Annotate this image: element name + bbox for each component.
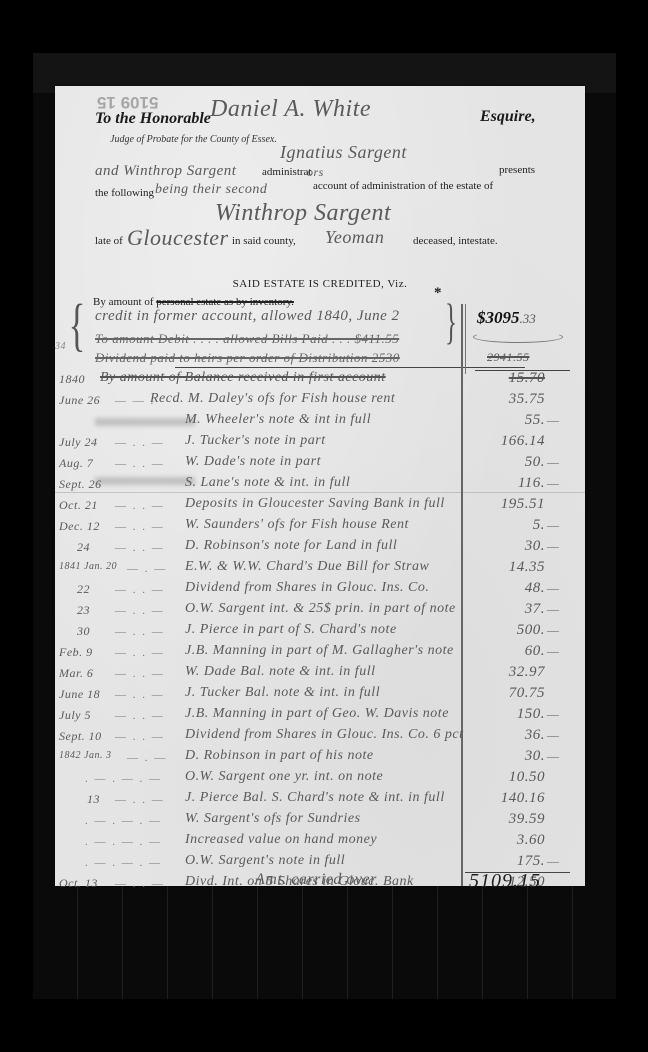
- entry-description: O.W. Sargent's note in full: [185, 853, 345, 869]
- entry-amount: 70.75: [473, 685, 545, 702]
- opening-total-cents: .33: [520, 311, 536, 326]
- entry-description: J. Tucker's note in part: [185, 433, 326, 449]
- ledger-row: Dec. 12 — . . — W. Saunders' ofs for Fis…: [55, 517, 585, 537]
- ledger-row: July 5 — . . — J.B. Manning in part of G…: [55, 706, 585, 726]
- ledger-row: Sept. 10 — . . — Dividend from Shares in…: [55, 727, 585, 747]
- entry-amount: 175.: [473, 853, 545, 870]
- ledger-row: Oct. 21 — . . — Deposits in Gloucester S…: [55, 496, 585, 516]
- entry-amount: 37.: [473, 601, 545, 618]
- account-of-administration-label: account of administration of the estate …: [313, 180, 493, 192]
- by-amount-line: By amount of personal estate as by inven…: [93, 296, 294, 308]
- ledger-row: 22 — . . — Dividend from Shares in Glouc…: [55, 580, 585, 600]
- entry-description: W. Dade's note in part: [185, 454, 321, 470]
- entry-description: O.W. Sargent one yr. int. on note: [185, 769, 383, 785]
- entry-date: Sept. 26: [59, 477, 149, 492]
- town-name: Gloucester: [127, 225, 229, 251]
- amount-carried-over-label: Amt. carried over: [255, 871, 377, 889]
- asterisk-mark: *: [434, 285, 442, 302]
- entry-amount: 55.: [473, 412, 545, 429]
- late-of-label: late of: [95, 235, 123, 247]
- section-title: SAID ESTATE IS CREDITED, Viz.: [55, 278, 585, 290]
- ledger-row: Mar. 6 — . . — W. Dade Bal. note & int. …: [55, 664, 585, 684]
- ledger-row: M. Wheeler's note & int in full 55. —: [55, 412, 585, 432]
- opening-total: $3095.33: [477, 308, 536, 328]
- ledger-row: Aug. 7 — . . — W. Dade's note in part 50…: [55, 454, 585, 474]
- entry-description: J. Tucker Bal. note & int. in full: [185, 685, 380, 701]
- ledger-row: 1842 Jan. 3 — . — D. Robinson in part of…: [55, 748, 585, 768]
- judge-name: Daniel A. White: [210, 96, 371, 123]
- entry-description: E.W. & W.W. Chard's Due Bill for Straw: [185, 559, 429, 575]
- entry-description: O.W. Sargent int. & 25$ prin. in part of…: [185, 601, 456, 617]
- ledger-row: 1840 By amount of Balance received in fi…: [55, 370, 585, 390]
- entry-amount: 35.75: [473, 391, 545, 408]
- entry-description: Recd. M. Daley's ofs for Fish house rent: [150, 391, 395, 407]
- pen-flourish: [473, 331, 563, 343]
- ledger-row: . — . — . — O.W. Sargent one yr. int. on…: [55, 769, 585, 789]
- entry-amount: 150.: [473, 706, 545, 723]
- entry-amount: 5.: [473, 517, 545, 534]
- entry-description: Dividend from Shares in Glouc. Ins. Co.: [185, 580, 429, 596]
- entry-amount: 140.16: [473, 790, 545, 807]
- administrator-name-1: Ignatius Sargent: [280, 142, 407, 163]
- administrat-suffix: ors: [307, 165, 324, 180]
- ledger-row: July 24 — . . — J. Tucker's note in part…: [55, 433, 585, 453]
- struck-inventory-text: personal estate as by inventory.: [156, 296, 294, 308]
- entry-description: J. Pierce Bal. S. Chard's note & int. in…: [185, 790, 445, 806]
- right-brace: }: [445, 292, 457, 350]
- deceased-name: Winthrop Sargent: [215, 200, 391, 227]
- ledger-row: 13 — . . — J. Pierce Bal. S. Chard's not…: [55, 790, 585, 810]
- entry-description: Deposits in Gloucester Saving Bank in fu…: [185, 496, 445, 512]
- administrator-name-2: and Winthrop Sargent: [95, 163, 236, 180]
- entry-amount: 32.97: [473, 664, 545, 681]
- entry-description: Dividend from Shares in Glouc. Ins. Co. …: [185, 727, 464, 743]
- ledger-row: 23 — . . — O.W. Sargent int. & 25$ prin.…: [55, 601, 585, 621]
- entry-amount: 14.35: [473, 559, 545, 576]
- entry-description: M. Wheeler's note & int in full: [185, 412, 371, 428]
- docket-stamp: 5109 15: [97, 92, 158, 112]
- struck-debit-line: To amount Debit . . . . allowed Bills Pa…: [95, 331, 399, 347]
- entry-amount: 15.70: [473, 370, 545, 387]
- entry-description: W. Saunders' ofs for Fish house Rent: [185, 517, 409, 533]
- entry-description: J. Pierce in part of S. Chard's note: [185, 622, 397, 638]
- presents-label: presents: [499, 164, 535, 176]
- opening-total-dollars: $3095: [477, 308, 520, 327]
- ledger-row: . — . — . — Increased value on hand mone…: [55, 832, 585, 852]
- entry-description: By amount of Balance received in first a…: [100, 370, 386, 386]
- account-ordinal: being their second: [155, 182, 267, 198]
- occupation: Yeoman: [325, 227, 384, 248]
- entry-amount: 116.: [473, 475, 545, 492]
- entry-amount: 30.: [473, 748, 545, 765]
- left-brace: {: [69, 291, 86, 358]
- esquire-label: Esquire,: [480, 108, 536, 126]
- grand-total: 5109.15: [469, 870, 541, 893]
- entry-amount: 30.: [473, 538, 545, 555]
- entry-description: W. Dade Bal. note & int. in full: [185, 664, 375, 680]
- entry-description: Increased value on hand money: [185, 832, 377, 848]
- struck-dividend-line: Dividend paid to heirs per order of Dist…: [95, 350, 400, 366]
- administrat-label: administrat: [262, 166, 312, 178]
- struck-total: 2941.55: [487, 350, 530, 365]
- entry-amount: 36.: [473, 727, 545, 744]
- entry-amount: 166.14: [473, 433, 545, 450]
- ledger-row: 30 — . . — J. Pierce in part of S. Chard…: [55, 622, 585, 642]
- entry-description: D. Robinson in part of his note: [185, 748, 374, 764]
- ledger-row: June 18 — . . — J. Tucker Bal. note & in…: [55, 685, 585, 705]
- ledger-row: Feb. 9 — . . — J.B. Manning in part of M…: [55, 643, 585, 663]
- entry-description: D. Robinson's note for Land in full: [185, 538, 397, 554]
- ledger-row: 1841 Jan. 20 — . — E.W. & W.W. Chard's D…: [55, 559, 585, 579]
- entry-description: J.B. Manning in part of Geo. W. Davis no…: [185, 706, 449, 722]
- entry-amount: 10.50: [473, 769, 545, 786]
- entry-amount: 48.: [473, 580, 545, 597]
- entry-amount: 195.51: [473, 496, 545, 513]
- amount-column-rule-double: [465, 304, 466, 374]
- to-honorable-label: To the Honorable: [95, 110, 211, 128]
- in-said-county-label: in said county,: [232, 235, 296, 247]
- margin-note: 34: [55, 341, 66, 352]
- ledger-row: . — . — . — W. Sargent's ofs for Sundrie…: [55, 811, 585, 831]
- entry-description: W. Sargent's ofs for Sundries: [185, 811, 361, 827]
- credit-former-account: credit in former account, allowed 1840, …: [95, 308, 399, 325]
- rule-line: [175, 367, 525, 368]
- entry-amount: 39.59: [473, 811, 545, 828]
- ledger-row: June 26 — — . Recd. M. Daley's ofs for F…: [55, 391, 585, 411]
- judge-of-probate-line: Judge of Probate for the County of Essex…: [110, 134, 277, 145]
- entry-amount: 500.: [473, 622, 545, 639]
- ink-smudge: [95, 418, 195, 426]
- entry-amount: 60.: [473, 643, 545, 660]
- entry-description: J.B. Manning in part of M. Gallagher's n…: [185, 643, 454, 659]
- ledger-row: 24 — . . — D. Robinson's note for Land i…: [55, 538, 585, 558]
- by-amount-label: By amount of: [93, 296, 154, 308]
- entry-amount: 50.: [473, 454, 545, 471]
- the-following-label: the following: [95, 187, 154, 199]
- ledger-row: Sept. 26 S. Lane's note & int. in full 1…: [55, 475, 585, 495]
- deceased-intestate-label: deceased, intestate.: [413, 235, 498, 247]
- probate-document: 5109 15 To the Honorable Daniel A. White…: [55, 86, 585, 886]
- entry-amount: 3.60: [473, 832, 545, 849]
- entry-description: S. Lane's note & int. in full: [185, 475, 350, 491]
